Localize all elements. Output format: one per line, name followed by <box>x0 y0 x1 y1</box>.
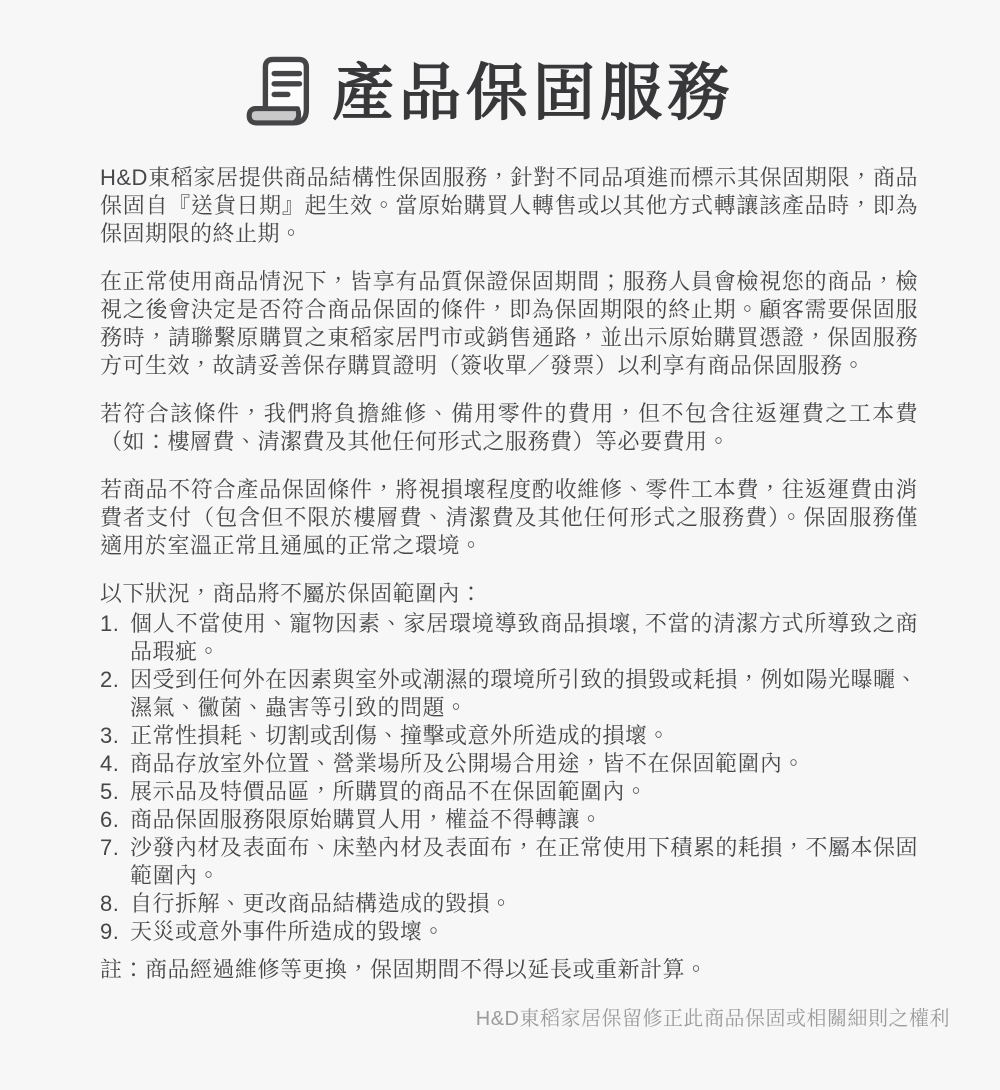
page-header: 產品保固服務 <box>0 54 988 134</box>
exclusion-item-3: 正常性損耗、切割或刮傷、撞擊或意外所造成的損壞。 <box>100 722 918 750</box>
footer-rights-text: H&D東稻家居保留修正此商品保固或相關細則之權利 <box>476 1008 950 1030</box>
intro-paragraph-1: H&D東稻家居提供商品結構性保固服務，針對不同品項進而標示其保固期限，商品保固自… <box>100 164 918 248</box>
exclusion-item-8: 自行拆解、更改商品結構造成的毀損。 <box>100 890 918 918</box>
exclusions-list: 個人不當使用、寵物因素、家居環境導致商品損壞, 不當的清潔方式所導致之商品瑕疵。… <box>100 610 918 946</box>
exclusion-item-5: 展示品及特價品區，所購買的商品不在保固範圍內。 <box>100 778 918 806</box>
warranty-note: 註：商品經過維修等更換，保固期間不得以延長或重新計算。 <box>100 956 918 984</box>
exclusion-item-6: 商品保固服務限原始購買人用，權益不得轉讓。 <box>100 806 918 834</box>
exclusion-item-7: 沙發內材及表面布、床墊內材及表面布，在正常使用下積累的耗損，不屬本保固範圍內。 <box>100 834 918 890</box>
exclusion-item-9: 天災或意外事件所造成的毀壞。 <box>100 918 918 946</box>
exclusion-item-2: 因受到任何外在因素與室外或潮濕的環境所引致的損毀或耗損，例如陽光曝曬、濕氣、黴菌… <box>100 666 918 722</box>
exclusions-heading: 以下狀況，商品將不屬於保固範圍內： <box>100 580 918 608</box>
exclusion-item-4: 商品存放室外位置、營業場所及公開場合用途，皆不在保固範圍內。 <box>100 750 918 778</box>
intro-paragraph-4: 若商品不符合產品保固條件，將視損壞程度酌收維修、零件工本費，往返運費由消費者支付… <box>100 476 918 560</box>
page-title: 產品保固服務 <box>332 63 734 125</box>
exclusion-item-1: 個人不當使用、寵物因素、家居環境導致商品損壞, 不當的清潔方式所導致之商品瑕疵。 <box>100 610 918 666</box>
intro-paragraph-3: 若符合該條件，我們將負擔維修、備用零件的費用，但不包含往返運費之工本費（如：樓層… <box>100 400 918 456</box>
receipt-document-icon <box>242 54 320 134</box>
warranty-page: 產品保固服務 H&D東稻家居提供商品結構性保固服務，針對不同品項進而標示其保固期… <box>0 0 1000 1090</box>
warranty-content: H&D東稻家居提供商品結構性保固服務，針對不同品項進而標示其保固期限，商品保固自… <box>0 164 1000 984</box>
intro-paragraph-2: 在正常使用商品情況下，皆享有品質保證保固期間；服務人員會檢視您的商品，檢視之後會… <box>100 268 918 380</box>
page-footer: H&D東稻家居保留修正此商品保固或相關細則之權利 <box>0 1006 1000 1090</box>
